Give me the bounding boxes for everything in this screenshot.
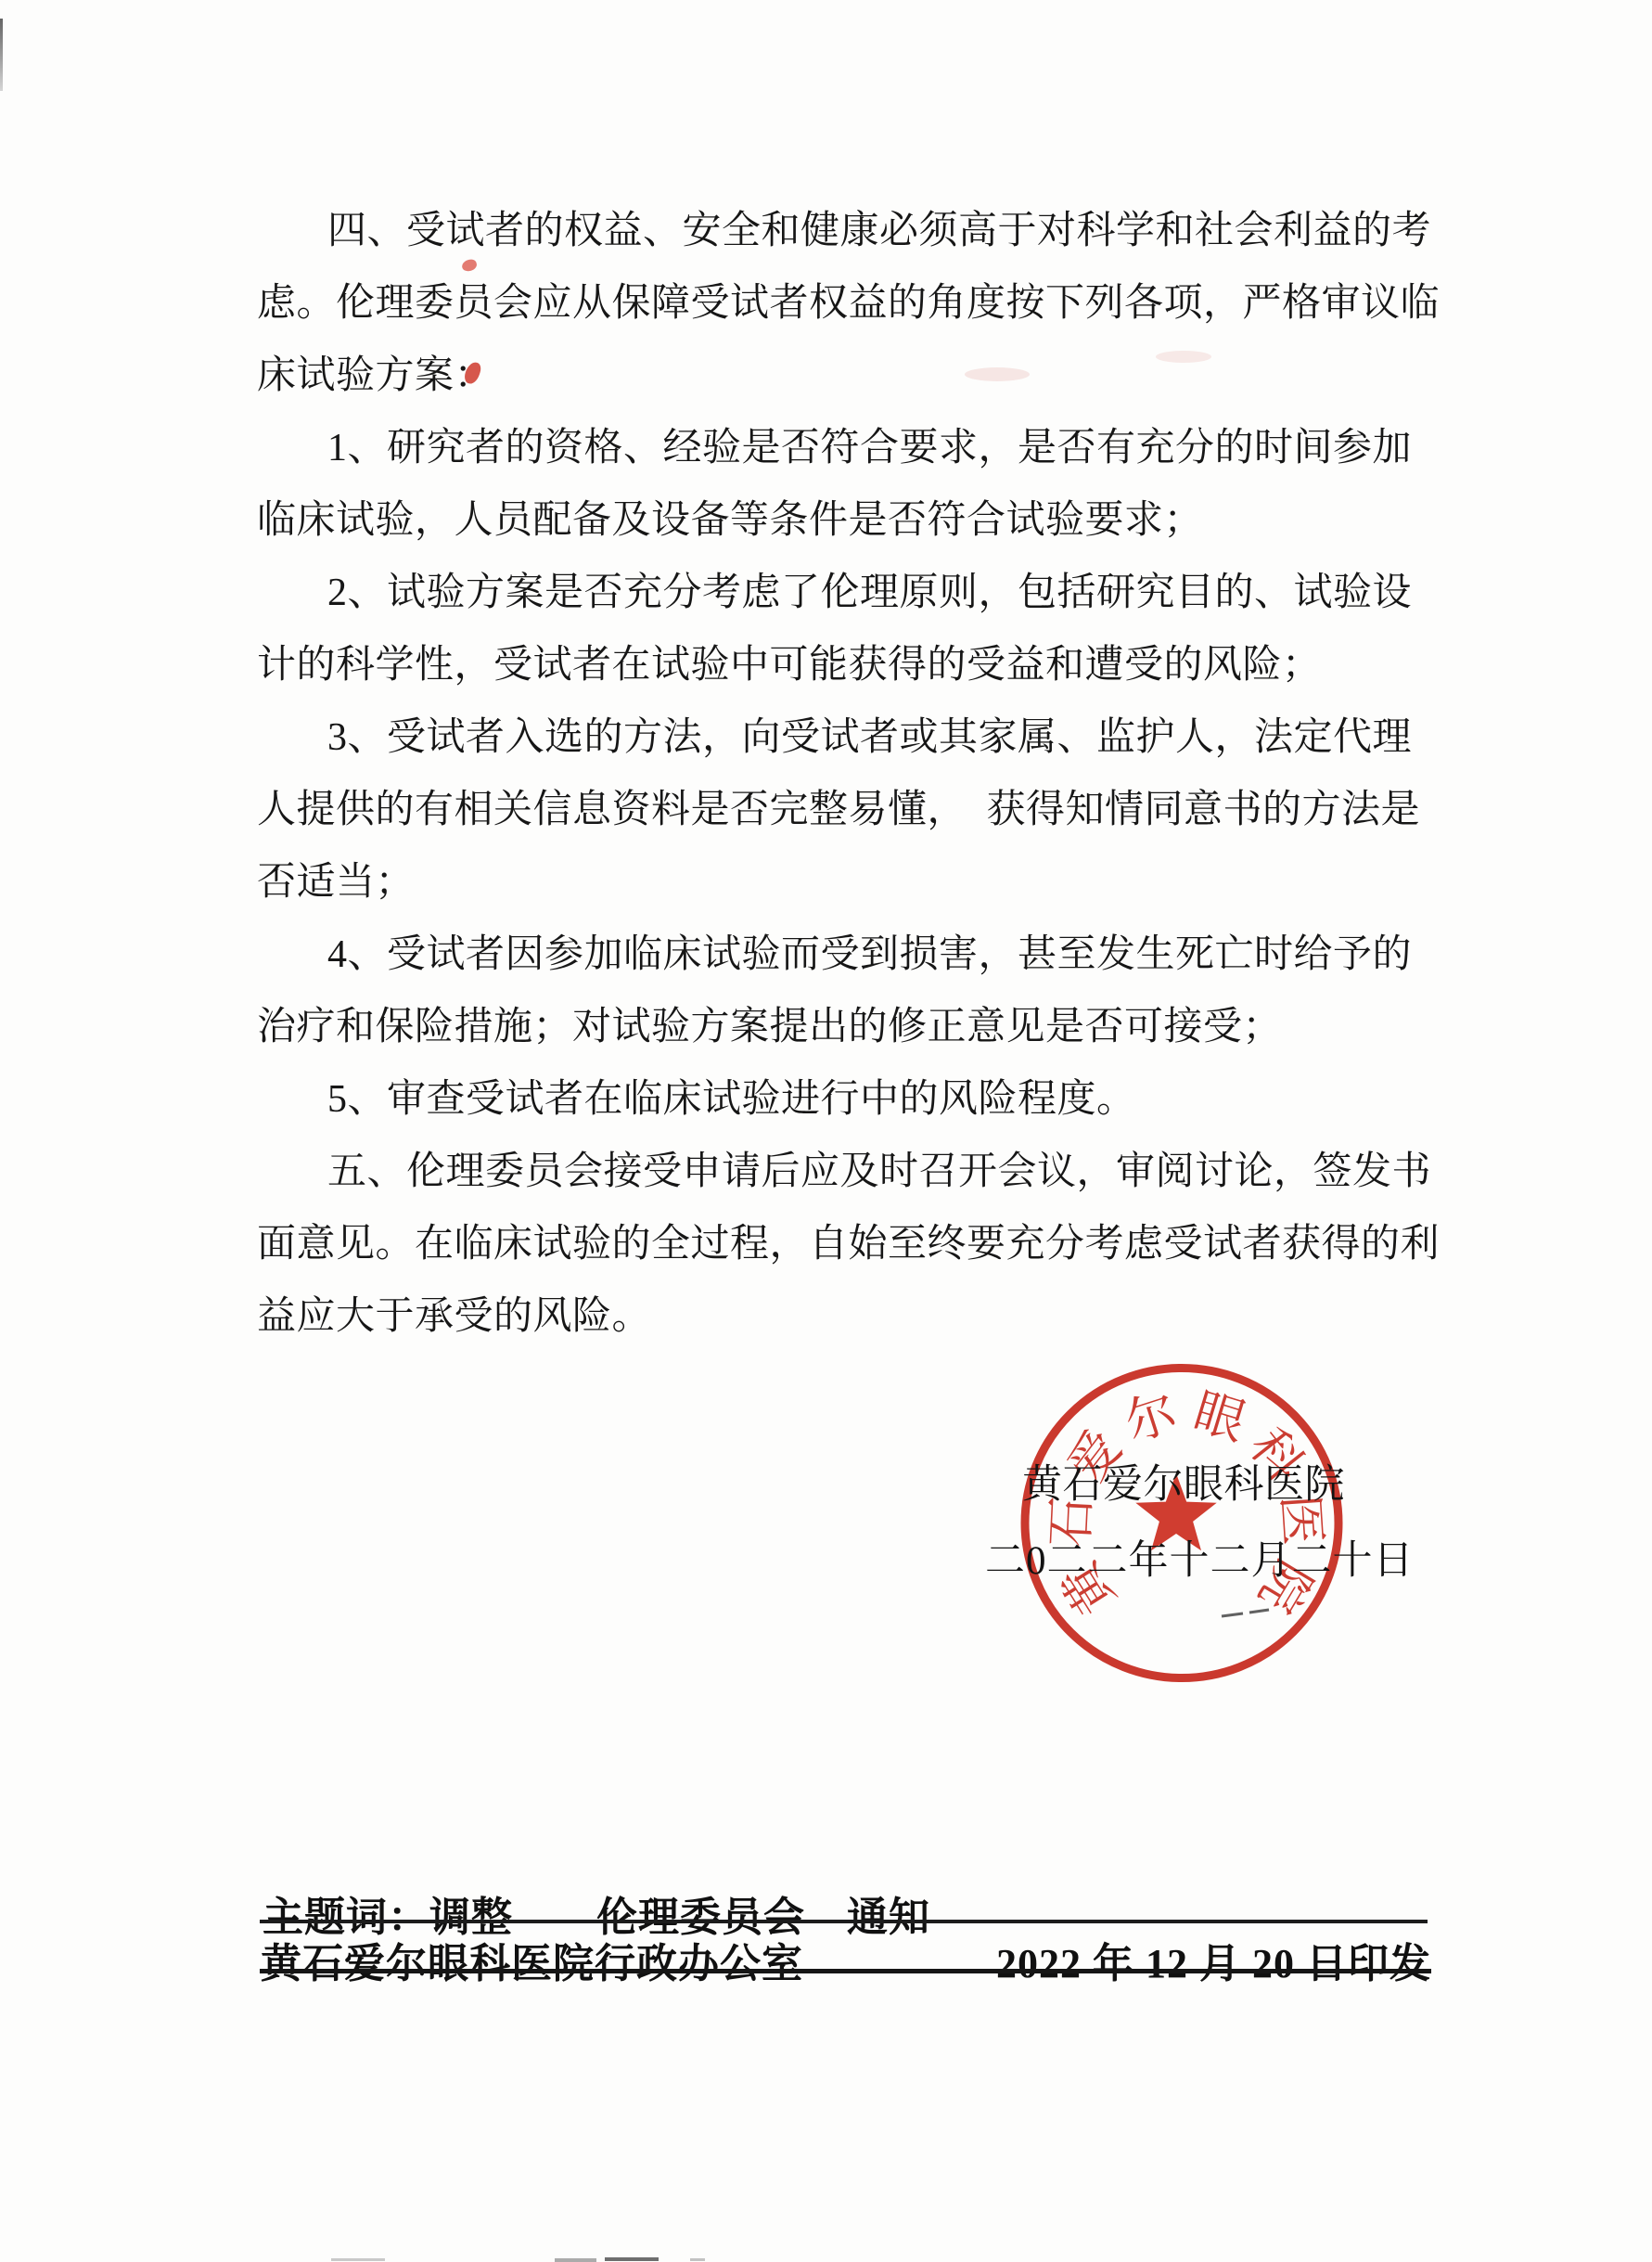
- body-line: 2、试验方案是否充分考虑了伦理原则，包括研究目的、试验设: [257, 557, 1463, 629]
- footer-divider-top: [260, 1920, 1428, 1923]
- scan-artifact-bottom: [331, 2258, 385, 2261]
- body-line: 5、审查受试者在临床试验进行中的风险程度。: [257, 1063, 1463, 1136]
- signature-date: 二0二二年十二月二十日: [985, 1529, 1415, 1586]
- body-line: 面意见。在临床试验的全过程，自始至终要充分考虑受试者获得的利: [257, 1208, 1463, 1280]
- seal-graphic: 黄 石 爱 尔 眼 科 医 院: [1020, 1362, 1345, 1685]
- body-line: 临床试验，人员配备及设备等条件是否符合试验要求；: [257, 484, 1463, 557]
- body-line: 人提供的有相关信息资料是否完整易懂， 获得知情同意书的方法是: [257, 774, 1463, 846]
- footer-print-date: 2022 年 12 月 20 日印发: [996, 1930, 1431, 1989]
- red-ink-smudge: [965, 367, 1030, 381]
- scan-artifact-bottom: [605, 2257, 659, 2261]
- body-line: 3、受试者入选的方法，向受试者或其家属、监护人，法定代理: [257, 701, 1463, 774]
- body-line: 计的科学性，受试者在试验中可能获得的受益和遭受的风险；: [257, 629, 1463, 701]
- scanned-official-document: { "document": { "body_lines": [ { "text"…: [0, 0, 1652, 2262]
- footer-issuing-office: 黄石爱尔眼科医院行政办公室: [261, 1930, 803, 1989]
- scan-artifact-bottom: [555, 2258, 596, 2262]
- seal-char: 尔: [1119, 1383, 1184, 1452]
- signature-organization: 黄石爱尔眼科医院: [1022, 1453, 1345, 1510]
- body-line: 治疗和保险措施；对试验方案提出的修正意见是否可接受；: [257, 991, 1463, 1063]
- seal-stray-marks: [1222, 1610, 1269, 1616]
- scan-artifact-left-edge: [0, 19, 3, 91]
- body-line: 益应大于承受的风险。: [257, 1280, 1463, 1353]
- official-seal: 黄 石 爱 尔 眼 科 医 院: [1020, 1362, 1345, 1685]
- body-line: 否适当；: [257, 846, 1463, 919]
- document-body: 四、受试者的权益、安全和健康必须高于对科学和社会利益的考 虑。伦理委员会应从保障…: [257, 195, 1463, 1353]
- body-line: 1、研究者的资格、经验是否符合要求，是否有充分的时间参加: [257, 412, 1463, 484]
- body-line: 床试验方案：: [257, 340, 1463, 412]
- body-line: 4、受试者因参加临床试验而受到损害，甚至发生死亡时给予的: [257, 919, 1463, 991]
- body-line: 五、伦理委员会接受申请后应及时召开会议，审阅讨论，签发书: [257, 1136, 1463, 1208]
- footer-divider-bottom: [260, 1969, 1431, 1973]
- scan-artifact-bottom: [690, 2258, 705, 2261]
- red-ink-smudge: [1156, 351, 1211, 363]
- body-line: 虑。伦理委员会应从保障受试者权益的角度按下列各项，严格审议临: [257, 267, 1463, 340]
- seal-char: 眼: [1187, 1383, 1251, 1451]
- body-line: 四、受试者的权益、安全和健康必须高于对科学和社会利益的考: [257, 195, 1463, 267]
